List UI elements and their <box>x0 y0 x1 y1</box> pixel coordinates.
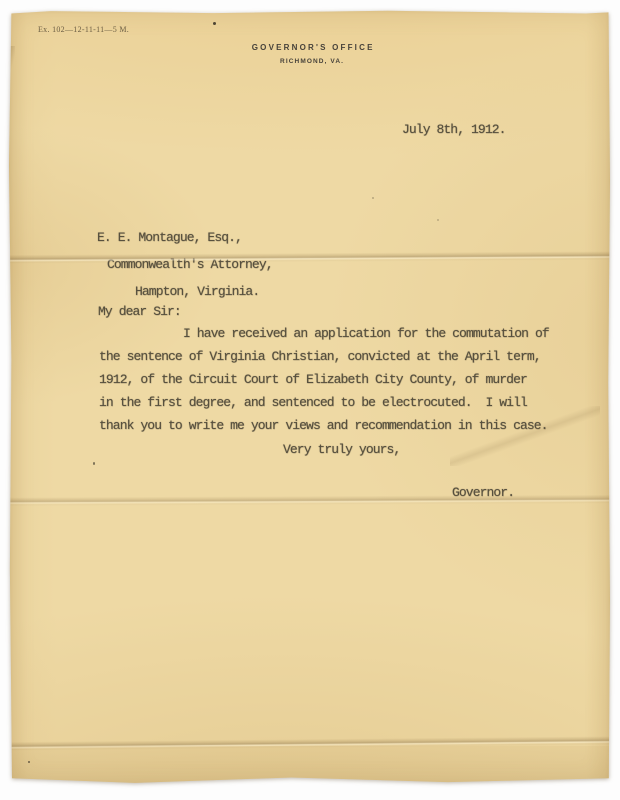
date-line: July 8th, 1912. <box>402 122 506 137</box>
body-line-3: 1912, of the Circuit Court of Elizabeth … <box>99 372 527 387</box>
letterhead-location: RICHMOND, VA. <box>280 58 344 65</box>
scanned-letter: Ex. 102—12-11-11—5 M. GOVERNOR'S OFFICE … <box>0 0 620 800</box>
letter-paper: Ex. 102—12-11-11—5 M. GOVERNOR'S OFFICE … <box>9 10 610 786</box>
fold-crease-bottom <box>5 736 614 751</box>
paper-speck <box>372 197 374 199</box>
paper-bottom-shading <box>9 746 610 786</box>
paper-speck <box>28 761 30 763</box>
form-number-stamp: Ex. 102—12-11-11—5 M. <box>38 25 129 34</box>
body-line-5: thank you to write me your views and rec… <box>99 418 548 433</box>
closing: Very truly yours, <box>283 442 400 457</box>
body-line-1: I have received an application for the c… <box>183 326 549 341</box>
fold-crease-middle <box>5 495 614 507</box>
letterhead-office: GOVERNOR'S OFFICE <box>252 43 375 52</box>
signature: Governor. <box>452 485 514 500</box>
paper-speck <box>213 22 216 25</box>
recipient-title: Commonwealth's Attorney, <box>107 257 273 272</box>
paper-crinkle <box>450 406 600 466</box>
body-line-4: in the first degree, and sentenced to be… <box>99 395 527 410</box>
paper-shadow-wrap: Ex. 102—12-11-11—5 M. GOVERNOR'S OFFICE … <box>0 0 620 800</box>
corner-notch-shadow <box>8 46 15 72</box>
recipient-address: Hampton, Virginia. <box>135 284 259 299</box>
body-line-2: the sentence of Virginia Christian, conv… <box>99 349 541 364</box>
paper-speck <box>93 462 95 465</box>
salutation: My dear Sir: <box>98 304 181 319</box>
recipient-name: E. E. Montague, Esq., <box>97 230 242 245</box>
fold-crease-top <box>5 251 614 264</box>
paper-speck <box>437 219 439 221</box>
